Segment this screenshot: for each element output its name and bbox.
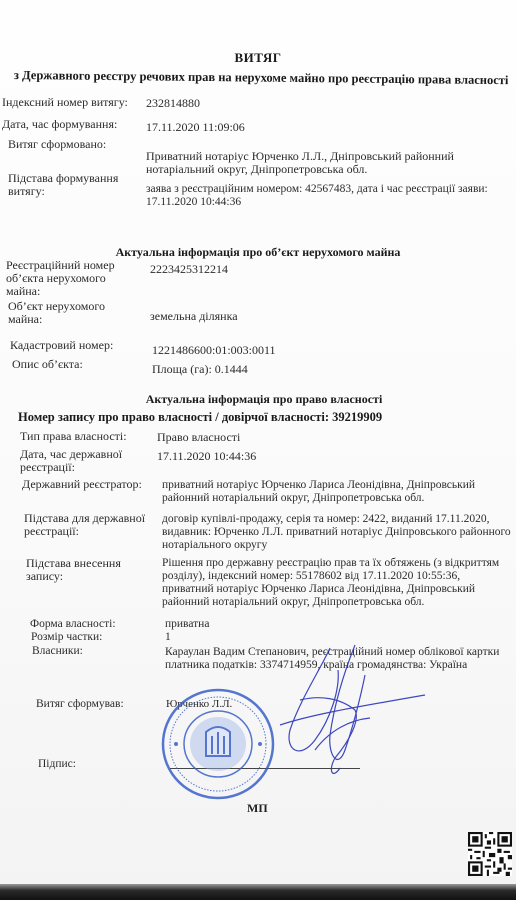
signature-scribble-icon [260, 640, 430, 790]
field-label: Об’єкт нерухомого майна: [8, 300, 118, 326]
field-value: 1 [165, 631, 171, 644]
seal-label: МП [247, 801, 268, 816]
ownership-section-heading: Актуальна інформація про право власності [6, 392, 516, 407]
field-state-registrar: Державний реєстратор: приватний нотаріус… [0, 478, 516, 508]
scan-bottom-edge [0, 884, 516, 900]
document-page: ВИТЯГ з Державного реєстру речових прав … [0, 0, 516, 888]
field-value: договір купівлі-продажу, серія та номер:… [162, 513, 512, 552]
document-title: ВИТЯГ [0, 50, 516, 66]
field-formation-basis: Підстава формування витягу: заява з реєс… [0, 172, 516, 212]
field-ownership-form: Форма власності: приватна [0, 618, 516, 632]
field-label: Форма власності: [30, 618, 116, 631]
field-value: 232814880 [146, 97, 200, 110]
field-label: Дата, час формування: [2, 118, 117, 131]
field-value: 17.11.2020 10:44:36 [157, 450, 256, 463]
field-label: Державний реєстратор: [22, 478, 142, 491]
field-value: приватна [165, 618, 209, 631]
field-formation-datetime: Дата, час формування: 17.11.2020 11:09:0… [0, 118, 516, 132]
field-share-size: Розмір частки: 1 [0, 631, 516, 645]
field-object-description: Опис об’єкта: Площа (га): 0.1444 [0, 358, 516, 372]
field-value: 17.11.2020 11:09:06 [146, 121, 245, 134]
field-label: Підстава для державної реєстрації: [24, 512, 154, 538]
field-label: Витяг сформовано: [8, 138, 106, 151]
field-value: 2223425312214 [150, 263, 228, 276]
field-label: Дата, час державної реєстрації: [20, 448, 140, 474]
field-cadastral-number: Кадастровий номер: 1221486600:01:003:001… [0, 339, 516, 353]
field-value: 1221486600:01:003:0011 [152, 344, 276, 357]
field-label: Підстава внесення запису: [26, 557, 136, 583]
field-value: заява з реєстраційним номером: 42567483,… [146, 183, 511, 209]
field-ownership-type: Тип права власності: Право власності [0, 430, 516, 444]
field-registration-datetime: Дата, час державної реєстрації: 17.11.20… [0, 448, 516, 476]
field-extract-index: Індексний номер витягу: 232814880 [0, 96, 516, 110]
field-value: Право власності [157, 431, 240, 444]
document-subtitle: з Державного реєстру речових прав на нер… [14, 68, 514, 88]
field-value: приватний нотаріус Юрченко Лариса Леонід… [162, 479, 507, 505]
field-label: Опис об’єкта: [12, 358, 83, 371]
ownership-record-heading: Номер запису про право власності / довір… [18, 410, 382, 425]
field-label: Реєстраційний номер об’єкта нерухомого м… [6, 259, 116, 298]
field-value: земельна ділянка [150, 310, 238, 323]
field-value: Рішення про державну реєстрацію прав та … [162, 557, 512, 609]
field-label: Власники: [32, 645, 83, 658]
field-registration-basis: Підстава для державної реєстрації: догов… [0, 512, 516, 554]
field-entry-basis: Підстава внесення запису: Рішення про де… [0, 557, 516, 613]
field-formed-by: Витяг сформовано: Приватний нотаріус Юрч… [0, 138, 516, 168]
field-label: Тип права власності: [20, 430, 127, 443]
field-label: Витяг сформував: [36, 698, 124, 711]
field-object-type: Об’єкт нерухомого майна: земельна ділянк… [0, 300, 516, 328]
field-label: Розмір частки: [31, 631, 102, 644]
field-owners: Власники: Караулан Вадим Степанович, реє… [0, 645, 516, 675]
field-label: Підпис: [38, 758, 76, 771]
field-label: Кадастровий номер: [10, 339, 113, 352]
field-value: Площа (га): 0.1444 [152, 363, 248, 376]
field-object-reg-number: Реєстраційний номер об’єкта нерухомого м… [0, 259, 516, 299]
field-label: Підстава формування витягу: [8, 172, 138, 198]
field-label: Індексний номер витягу: [2, 96, 128, 109]
qr-code-icon [468, 832, 512, 876]
